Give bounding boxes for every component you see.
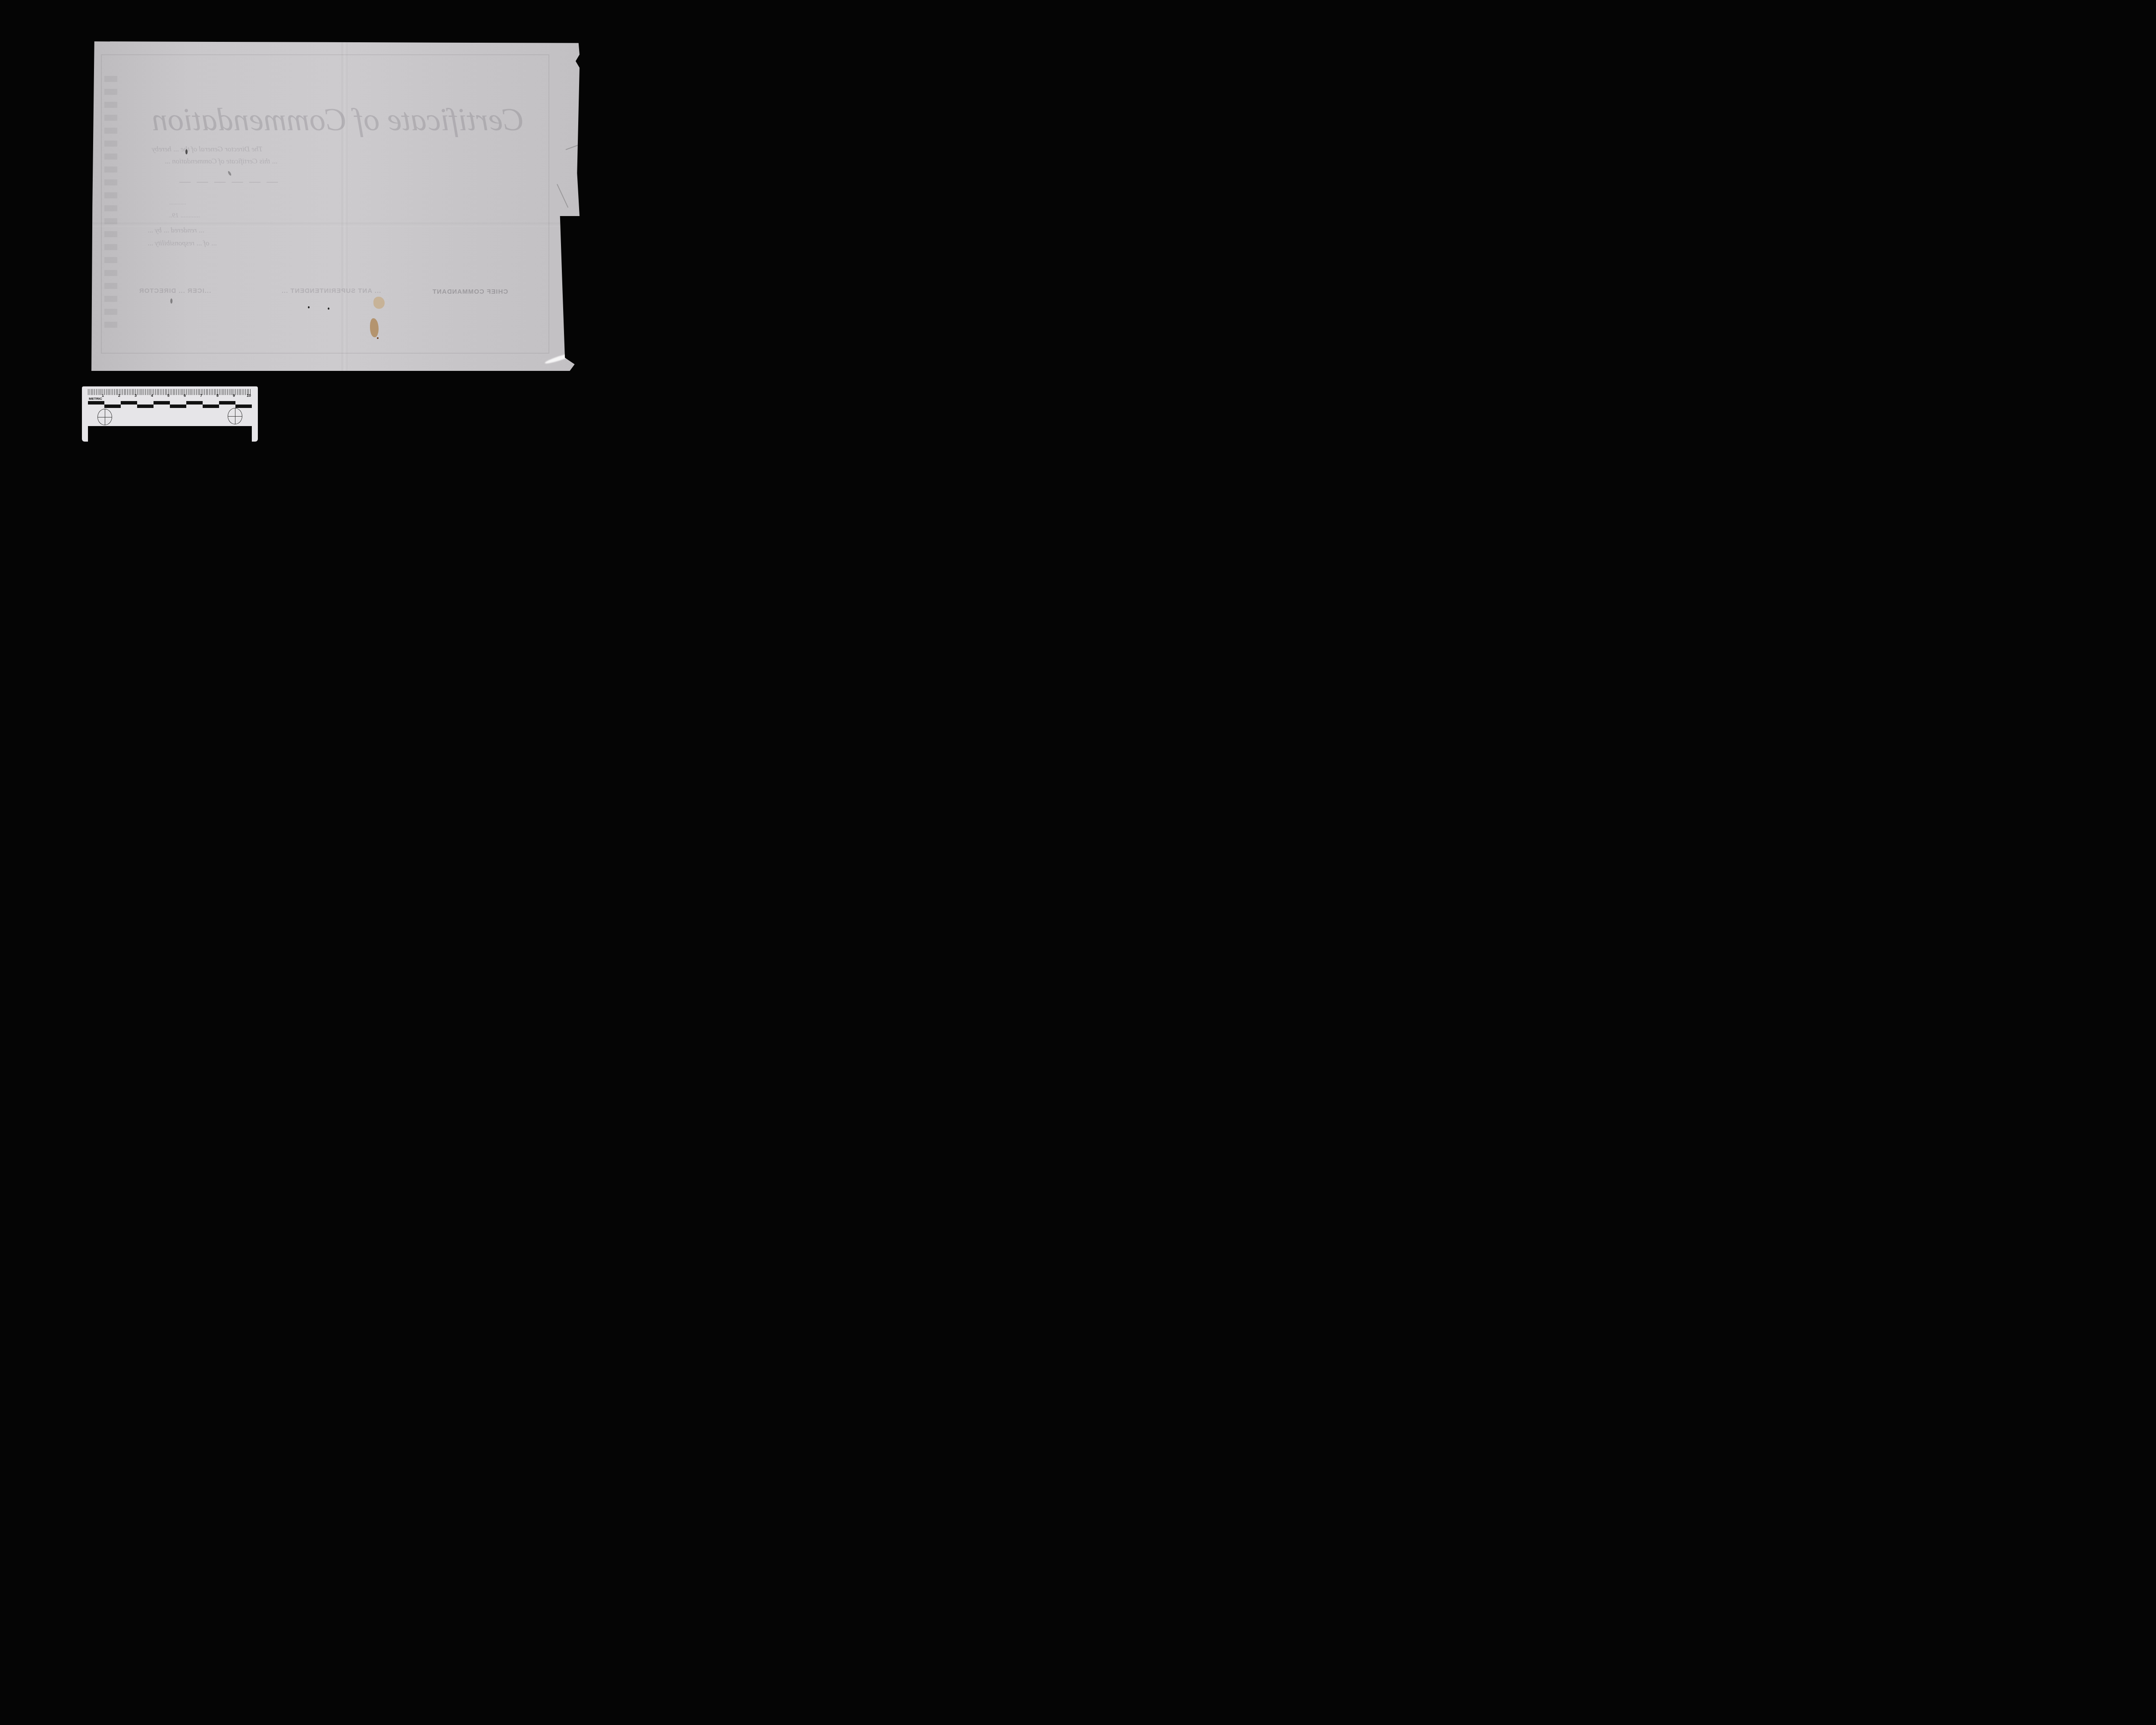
metric-scale-ruler: METRIC 1 2 3 4 5 6 7 8 9 10: [82, 386, 258, 442]
side-ornament: [104, 76, 117, 335]
crosshair-target-icon: [97, 409, 112, 425]
cm-label: 5: [167, 393, 169, 398]
decorative-border: [101, 54, 549, 354]
pin-hole: [328, 307, 329, 310]
cm-labels: 1 2 3 4 5 6 7 8 9 10: [88, 393, 252, 399]
ghost-signature-left: ...ICER ... DIRECTOR: [139, 287, 211, 295]
vertical-fold: [342, 41, 348, 371]
ghost-line-4: ............ 19..: [169, 212, 200, 220]
ghost-line-3: ............: [169, 199, 186, 206]
ghost-signature-right: CHIEF COMMANDANT: [432, 288, 508, 295]
tear-crease: [557, 184, 568, 208]
ink-spot: [185, 149, 188, 154]
ghost-signature-middle: ... ANT SUPERINTENDENT ...: [281, 287, 381, 295]
ghost-recipient-name: — — — — — —: [178, 175, 278, 188]
cm-label: 7: [200, 393, 202, 398]
ghost-title: Certificate of Commendation: [152, 102, 524, 138]
cm-label: 2: [118, 393, 120, 398]
cm-label: 9: [233, 393, 235, 398]
checker-bar: [88, 401, 252, 408]
pin-hole: [308, 306, 310, 308]
ink-spot: [170, 298, 172, 304]
ghost-line-6: ... of ... responsibility ...: [147, 239, 216, 248]
light-glare: [544, 351, 574, 365]
cm-label: 4: [151, 393, 153, 398]
crosshair-target-icon: [228, 408, 242, 424]
cm-label: 8: [216, 393, 219, 398]
ruler-leg-right: [252, 421, 258, 442]
cm-label: 10: [247, 393, 251, 398]
ghost-line-1: The Director General of the ... hereby: [152, 145, 263, 154]
tear-crease: [566, 143, 582, 150]
certificate-paper: Certificate of Commendation The Director…: [91, 41, 580, 371]
rust-drop: [377, 337, 379, 339]
ghost-line-5: ... rendered ... by ...: [147, 226, 204, 235]
ruler-leg-left: [82, 421, 88, 442]
cm-label: 3: [135, 393, 137, 398]
cm-label: 1: [102, 393, 104, 398]
water-stain: [373, 297, 385, 309]
ghost-line-2: ... this Certificate of Commendation ...: [165, 157, 277, 166]
cm-label: 6: [184, 393, 186, 398]
